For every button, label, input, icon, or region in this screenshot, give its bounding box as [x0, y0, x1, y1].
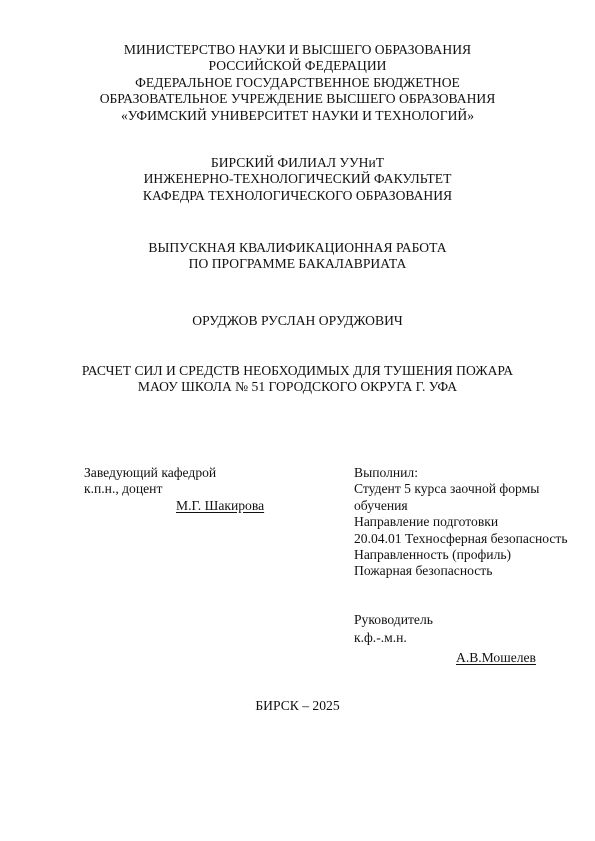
- work-type-line: ПО ПРОГРАММЕ БАКАЛАВРИАТА: [0, 256, 595, 272]
- work-title-line: МАОУ ШКОЛА № 51 ГОРОДСКОГО ОКРУГА Г. УФА: [0, 379, 595, 395]
- advisor-role: Руководитель: [354, 612, 589, 628]
- work-type-line: ВЫПУСКНАЯ КВАЛИФИКАЦИОННАЯ РАБОТА: [0, 240, 595, 256]
- title-page: МИНИСТЕРСТВО НАУКИ И ВЫСШЕГО ОБРАЗОВАНИЯ…: [0, 0, 595, 841]
- author-block: ОРУДЖОВ РУСЛАН ОРУДЖОВИЧ: [0, 313, 595, 329]
- city-year-text: БИРСК – 2025: [0, 698, 595, 714]
- department-head-block: Заведующий кафедрой к.п.н., доцент М.Г. …: [84, 465, 284, 514]
- ministry-line: МИНИСТЕРСТВО НАУКИ И ВЫСШЕГО ОБРАЗОВАНИЯ: [0, 42, 595, 58]
- work-title-line: РАСЧЕТ СИЛ И СРЕДСТВ НЕОБХОДИМЫХ ДЛЯ ТУШ…: [0, 363, 595, 379]
- performer-block: Выполнил: Студент 5 курса заочной формы …: [354, 465, 589, 580]
- department-name: КАФЕДРА ТЕХНОЛОГИЧЕСКОГО ОБРАЗОВАНИЯ: [0, 188, 595, 204]
- performer-line: Направление подготовки: [354, 514, 589, 530]
- performer-line: 20.04.01 Техносферная безопасность: [354, 531, 589, 547]
- head-signature-name: М.Г. Шакирова: [84, 498, 284, 514]
- ministry-line: ФЕДЕРАЛЬНОЕ ГОСУДАРСТВЕННОЕ БЮДЖЕТНОЕ: [0, 75, 595, 91]
- head-role: Заведующий кафедрой: [84, 465, 284, 481]
- performer-line: обучения: [354, 498, 589, 514]
- ministry-header: МИНИСТЕРСТВО НАУКИ И ВЫСШЕГО ОБРАЗОВАНИЯ…: [0, 42, 595, 124]
- branch-header: БИРСКИЙ ФИЛИАЛ УУНиТ ИНЖЕНЕРНО-ТЕХНОЛОГИ…: [0, 155, 595, 204]
- faculty-name: ИНЖЕНЕРНО-ТЕХНОЛОГИЧЕСКИЙ ФАКУЛЬТЕТ: [0, 171, 595, 187]
- advisor-block: Руководитель к.ф.-.м.н. А.В.Мошелев: [354, 612, 589, 666]
- author-name: ОРУДЖОВ РУСЛАН ОРУДЖОВИЧ: [0, 313, 595, 329]
- performer-line: Пожарная безопасность: [354, 563, 589, 579]
- performer-line: Направленность (профиль): [354, 547, 589, 563]
- performer-line: Студент 5 курса заочной формы: [354, 481, 589, 497]
- city-year: БИРСК – 2025: [0, 698, 595, 714]
- branch-name: БИРСКИЙ ФИЛИАЛ УУНиТ: [0, 155, 595, 171]
- performer-label: Выполнил:: [354, 465, 589, 481]
- ministry-line: ОБРАЗОВАТЕЛЬНОЕ УЧРЕЖДЕНИЕ ВЫСШЕГО ОБРАЗ…: [0, 91, 595, 107]
- work-type: ВЫПУСКНАЯ КВАЛИФИКАЦИОННАЯ РАБОТА ПО ПРО…: [0, 240, 595, 273]
- advisor-degree: к.ф.-.м.н.: [354, 630, 589, 646]
- head-degree: к.п.н., доцент: [84, 481, 284, 497]
- ministry-line: РОССИЙСКОЙ ФЕДЕРАЦИИ: [0, 58, 595, 74]
- university-name: «УФИМСКИЙ УНИВЕРСИТЕТ НАУКИ И ТЕХНОЛОГИЙ…: [0, 108, 595, 124]
- advisor-signature-name: А.В.Мошелев: [354, 650, 589, 666]
- work-title: РАСЧЕТ СИЛ И СРЕДСТВ НЕОБХОДИМЫХ ДЛЯ ТУШ…: [0, 363, 595, 396]
